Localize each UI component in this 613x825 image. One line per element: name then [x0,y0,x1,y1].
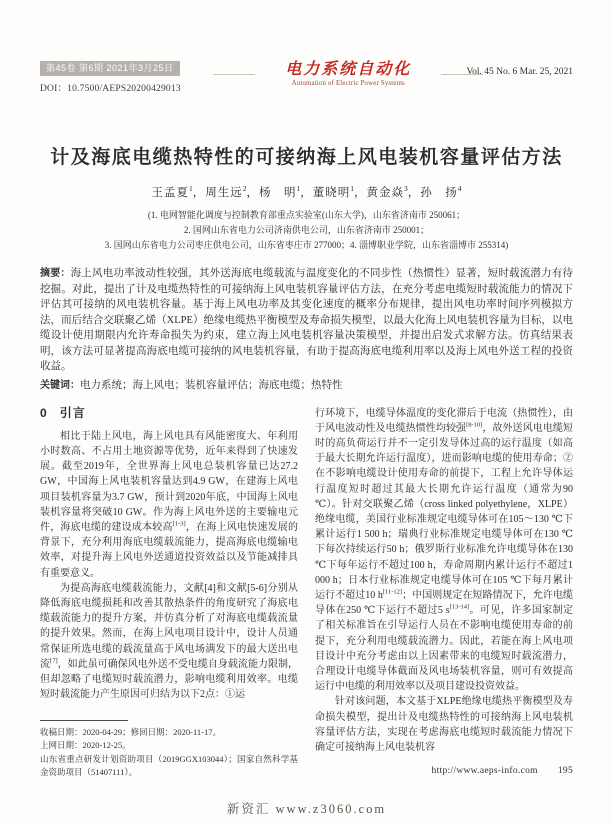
citation-superscript: [11-12] [383,589,402,596]
section-heading-intro: 0引言 [40,406,298,421]
left-column: 0引言 相比于陆上风电，海上风电具有风能密度大、年利用小时数高、不占用土地资源等… [40,406,298,782]
author-name: 王孟夏1 [152,187,193,199]
section-title: 引言 [60,406,86,420]
footnote-line: 收稿日期：2020-04-29；修回日期：2020-11-17。 [40,726,298,740]
citation-superscript: [13-14] [450,604,470,611]
journal-subtitle: Automation of Electric Power Systems [263,80,433,87]
header-left: 第45卷 第6期 2021年3月25日 DOI：10.7500/AEPS2020… [40,58,230,94]
author-name: 周生远2 [205,187,246,199]
article-title: 计及海底电缆热特性的可接纳海上风电装机容量评估方法 [40,144,573,171]
journal-logo: 电力系统自动化 [263,61,433,79]
left-column-text: 相比于陆上风电，海上风电具有风能密度大、年利用小时数高、不占用土地资源等优势，近… [40,429,298,703]
footnote-line: 上网日期：2020-12-25。 [40,739,298,753]
keywords-text: 电力系统；海上风电；装机容量评估；海底电缆；热特性 [80,380,343,391]
footnote-line: 山东省重点研发计划资助项目（2019GGX103044）；国家自然科学基金资助项… [40,753,298,780]
journal-logo-block: 电力系统自动化 Automation of Electric Power Sys… [263,61,433,87]
author-name: 黄金焱3 [367,187,408,199]
journal-page: 第45卷 第6期 2021年3月25日 DOI：10.7500/AEPS2020… [0,0,613,825]
abstract-text: 海上风电功率波动性较强，其外送海底电缆载流与温度变化的不同步性（热惯性）显著，短… [40,268,573,372]
author-name: 孙 扬4 [420,187,461,199]
right-column-text: 行环境下，电缆导体温度的变化滞后于电流（热惯性），由于风电波动性及电缆热惯性均较… [315,406,573,756]
issue-band: 第45卷 第6期 2021年3月25日 [40,61,180,76]
doi-text: DOI：10.7500/AEPS20200429013 [40,80,230,94]
citation-superscript: [7] [50,657,58,664]
body-paragraph: 行环境下，电缆导体温度的变化滞后于电流（热惯性），由于风电波动性及电缆热惯性均较… [315,406,573,695]
affiliation-line: (1. 电网智能化调度与控制教育部重点实验室(山东大学)，山东省济南市 2500… [40,208,573,223]
footer-url: http://www.aeps-info.com [432,766,538,776]
body-paragraph: 相比于陆上风电，海上风电具有风能密度大、年利用小时数高、不占用土地资源等优势，近… [40,429,298,581]
affiliation-list: (1. 电网智能化调度与控制教育部重点实验室(山东大学)，山东省济南市 2500… [40,208,573,253]
affiliation-line: 2. 国网山东省电力公司济南供电公司，山东省济南市 250001； [40,223,573,238]
author-list: 王孟夏1，周生远2，杨 明1，董晓明1，黄金焱3，孙 扬4 [40,184,573,200]
section-number: 0 [40,406,48,420]
watermark: 新资汇 www.z3060.com [0,799,613,817]
body-paragraph: 针对该问题，本文基于XLPE绝缘电缆热平衡模型及寿命损失模型，提出计及电缆热特性… [315,694,573,755]
body-columns: 0引言 相比于陆上风电，海上风电具有风能密度大、年利用小时数高、不占用土地资源等… [40,406,573,782]
page-footer: http://www.aeps-info.com195 [315,764,573,781]
abstract-block: 摘要：海上风电功率波动性较强，其外送海底电缆载流与温度变化的不同步性（热惯性）显… [40,266,573,375]
keywords-block: 关键词：电力系统；海上风电；装机容量评估；海底电缆；热特性 [40,378,573,394]
footnote-rule [40,720,128,721]
journal-header: 第45卷 第6期 2021年3月25日 DOI：10.7500/AEPS2020… [40,58,573,100]
keywords-label: 关键词： [40,380,80,391]
body-paragraph: 为提高海底电缆载流能力，文献[4]和文献[5-6]分别从降低海底电缆损耗和改善其… [40,581,298,703]
footnote-lines: 收稿日期：2020-04-29；修回日期：2020-11-17。上网日期：202… [40,726,298,780]
page-number: 195 [558,766,573,776]
header-divider-right [441,74,483,75]
author-name: 杨 明1 [259,187,300,199]
right-column: 行环境下，电缆导体温度的变化滞后于电流（热惯性），由于风电波动性及电缆热惯性均较… [315,406,573,782]
footnote-block: 收稿日期：2020-04-29；修回日期：2020-11-17。上网日期：202… [40,720,298,782]
author-name: 董晓明1 [313,187,354,199]
header-divider-left [213,74,255,75]
issue-info-en: Vol. 45 No. 6 Mar. 25, 2021 [467,67,573,77]
affiliation-line: 3. 国网山东省电力公司枣庄供电公司，山东省枣庄市 277000；4. 淄博职业… [40,238,573,253]
citation-superscript: [1-3] [173,521,186,528]
citation-superscript: [8-10] [466,421,482,428]
abstract-label: 摘要： [40,268,71,279]
